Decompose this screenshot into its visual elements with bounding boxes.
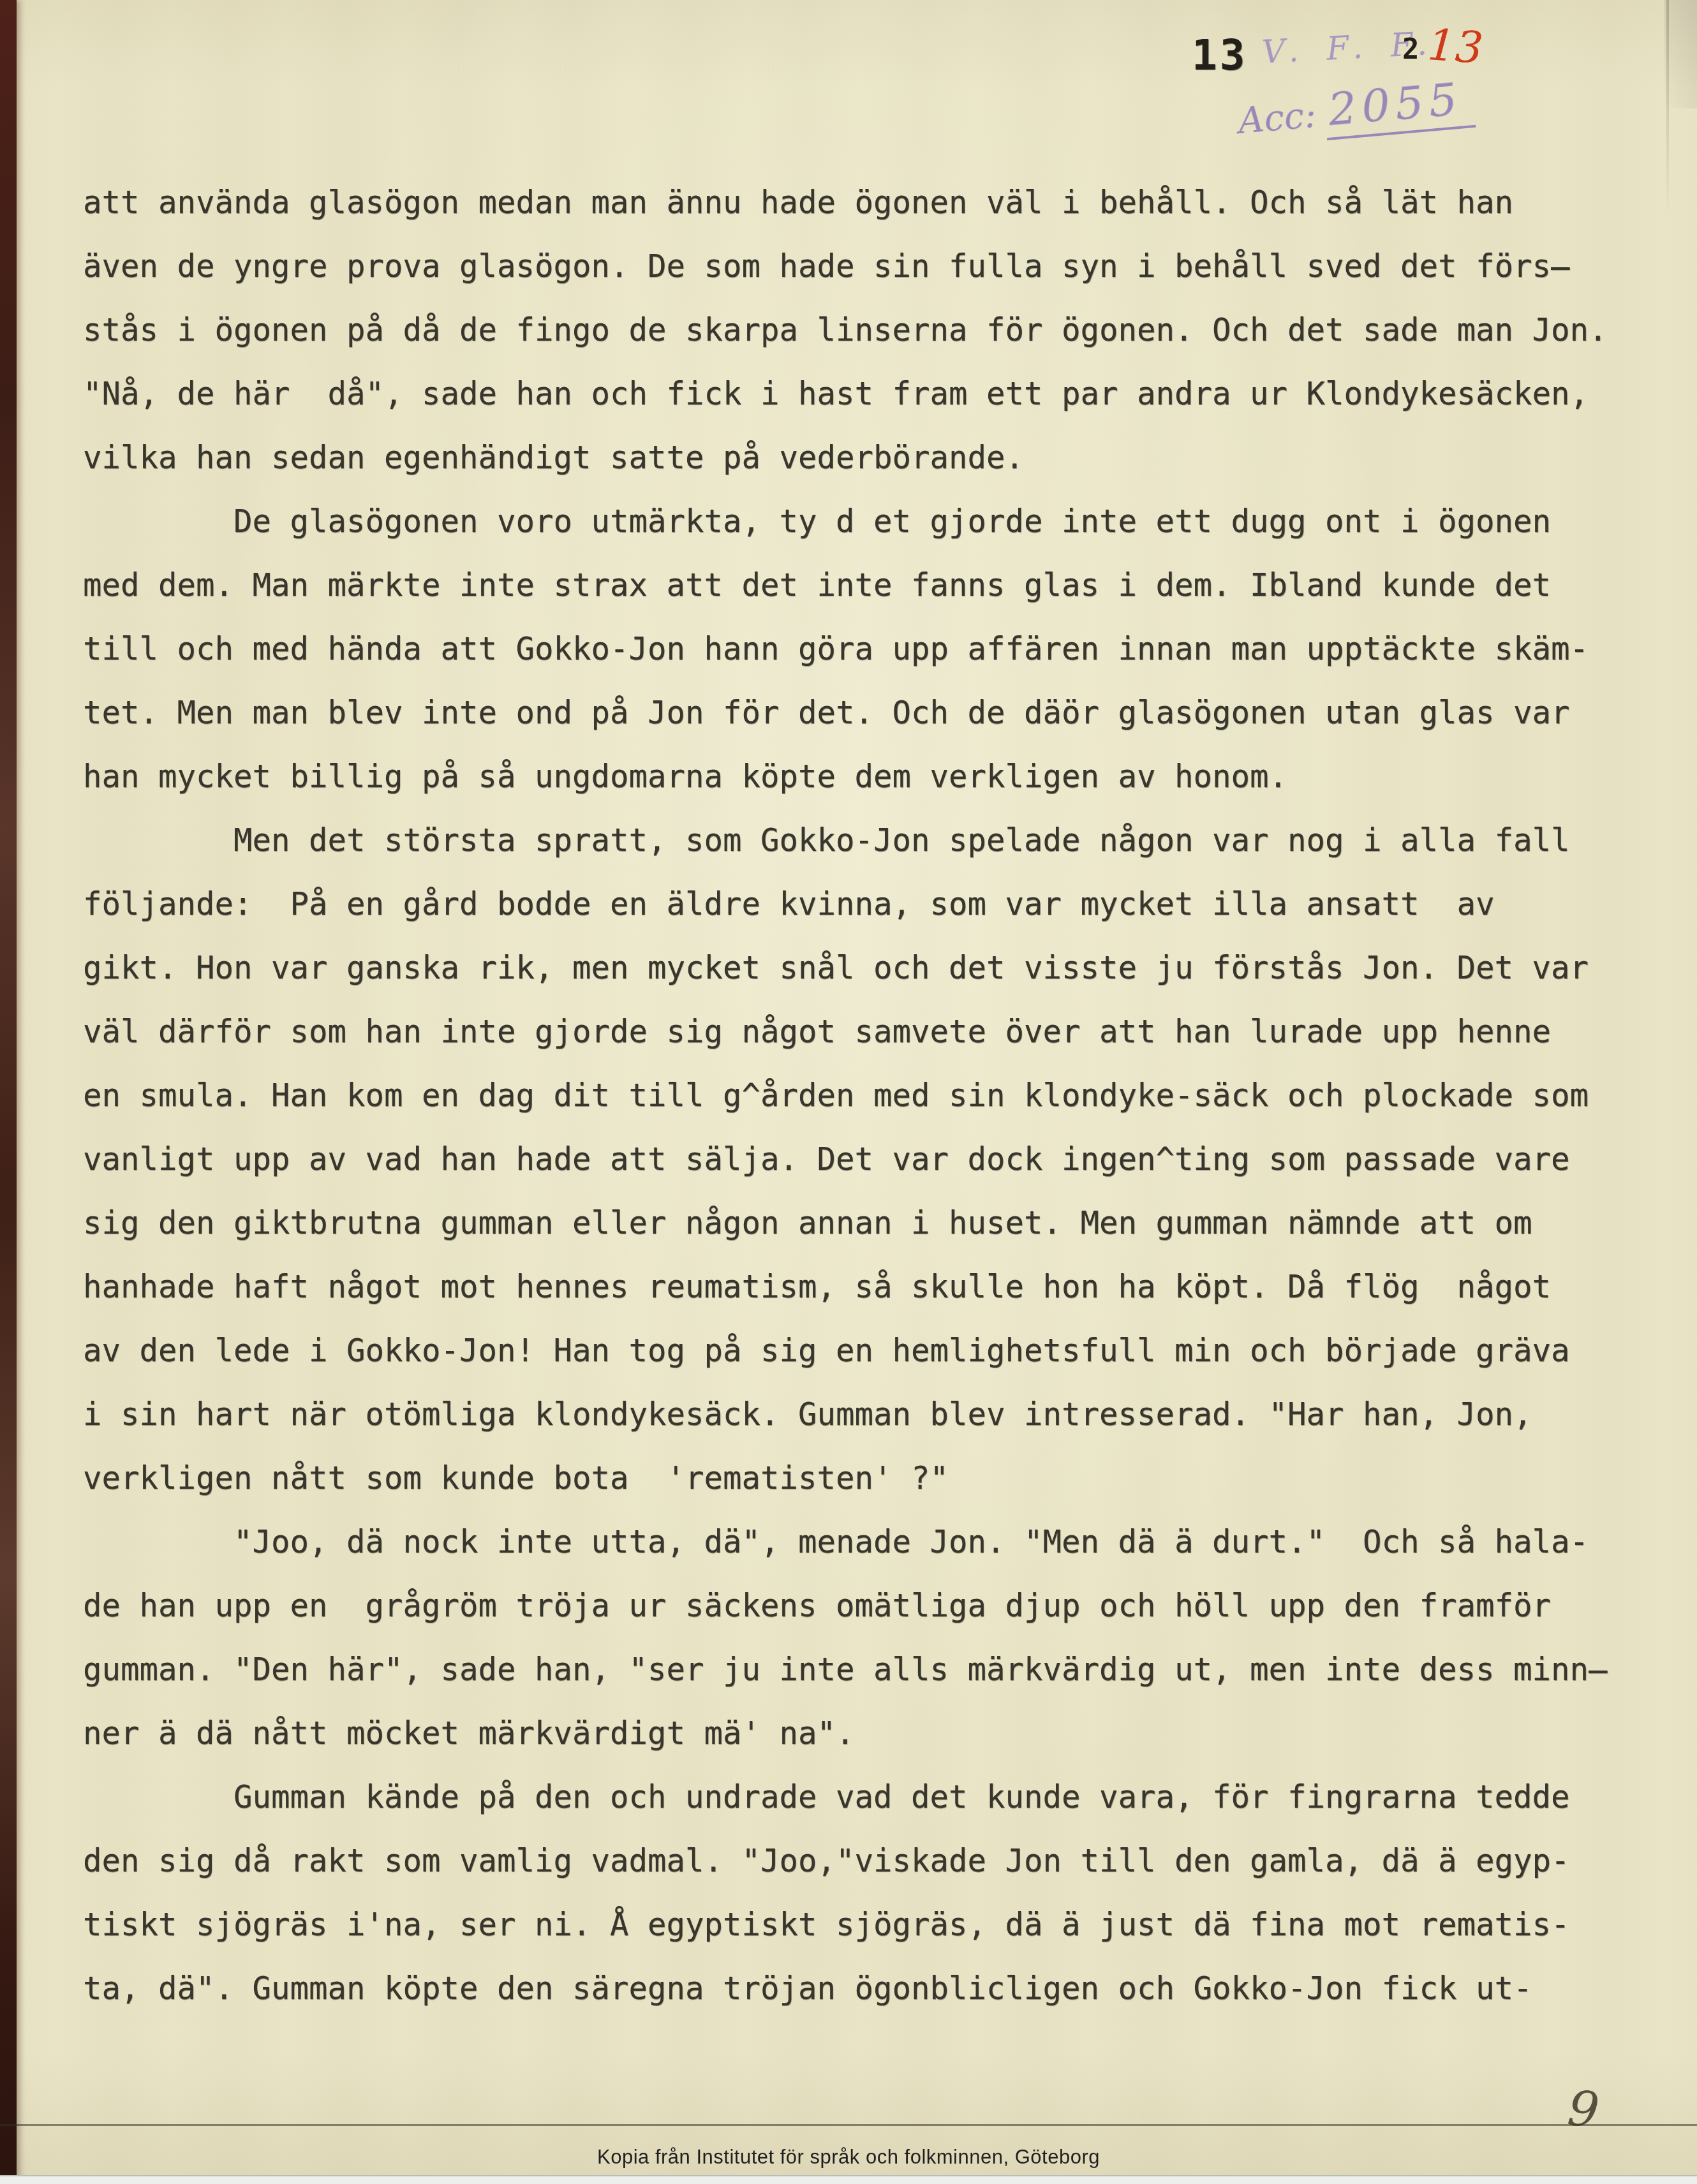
handwritten-red-page-number: 13: [1426, 20, 1485, 74]
text-line: "Joo, dä nock inte utta, dä", menade Jon…: [83, 1510, 1665, 1574]
page-bottom-edge: [0, 2124, 1697, 2126]
text-line: tiskt sjögräs i'na, ser ni. Å egyptiskt …: [83, 1893, 1665, 1957]
text-line: Gumman kände på den och undrade vad det …: [83, 1766, 1665, 1829]
typed-page-number: 13: [1192, 31, 1247, 80]
text-line: en smula. Han kom en dag dit till g^årde…: [83, 1064, 1665, 1128]
accession-number: 2055: [1323, 71, 1476, 140]
text-line: väl därför som han inte gjorde sig något…: [83, 1000, 1665, 1064]
text-line: till och med hända att Gokko-Jon hann gö…: [83, 617, 1665, 681]
text-line: verkligen nått som kunde bota 'rematiste…: [83, 1447, 1665, 1510]
text-line: Men det största spratt, som Gokko-Jon sp…: [83, 809, 1665, 873]
text-line: även de yngre prova glasögon. De som had…: [83, 235, 1665, 299]
text-line: av den lede i Gokko-Jon! Han tog på sig …: [83, 1319, 1665, 1383]
text-line: De glasögonen voro utmärkta, ty d et gjo…: [83, 490, 1665, 554]
accession-label: Acc:: [1236, 94, 1317, 142]
handwritten-corner-number: 9: [1565, 2079, 1601, 2139]
text-line: den sig då rakt som vamlig vadmal. "Joo,…: [83, 1829, 1665, 1893]
scanned-document-page: 13 V. F. F. 2 13 Acc:2055 att använda gl…: [0, 0, 1697, 2184]
text-line: han mycket billig på så ungdomarna köpte…: [83, 745, 1665, 809]
text-line: de han upp en grågröm tröja ur säckens o…: [83, 1574, 1665, 1638]
secondary-page-number: 2: [1402, 33, 1419, 66]
text-line: ner ä dä nått möcket märkvärdigt mä' na"…: [83, 1702, 1665, 1766]
text-line: stås i ögonen på då de fingo de skarpa l…: [83, 299, 1665, 362]
copy-attribution-text: Kopia från Institutet för språk och folk…: [0, 2146, 1697, 2169]
text-line: vanligt upp av vad han hade att sälja. D…: [83, 1128, 1665, 1192]
text-line: att använda glasögon medan man ännu hade…: [83, 171, 1665, 235]
text-line: ta, dä". Gumman köpte den säregna tröjan…: [83, 1957, 1665, 2021]
binding-edge: [0, 0, 17, 2184]
text-line: hanhade haft något mot hennes reumatism,…: [83, 1255, 1665, 1319]
typewritten-text: att använda glasögon medan man ännu hade…: [83, 171, 1665, 2021]
text-line: med dem. Man märkte inte strax att det i…: [83, 554, 1665, 617]
text-line: i sin hart när otömliga klondykesäck. Gu…: [83, 1383, 1665, 1447]
text-line: gikt. Hon var ganska rik, men mycket snå…: [83, 936, 1665, 1000]
paper-corner-shadow: [1664, 0, 1697, 108]
scanner-background-strip: [0, 2175, 1697, 2184]
text-line: tet. Men man blev inte ond på Jon för de…: [83, 681, 1665, 745]
accession-stamp: Acc:2055: [1236, 71, 1476, 144]
text-line: sig den giktbrutna gumman eller någon an…: [83, 1192, 1665, 1255]
text-line: gumman. "Den här", sade han, "ser ju int…: [83, 1638, 1665, 1702]
text-line: följande: På en gård bodde en äldre kvin…: [83, 873, 1665, 936]
text-line: vilka han sedan egenhändigt satte på ved…: [83, 426, 1665, 490]
text-line: "Nå, de här då", sade han och fick i has…: [83, 362, 1665, 426]
